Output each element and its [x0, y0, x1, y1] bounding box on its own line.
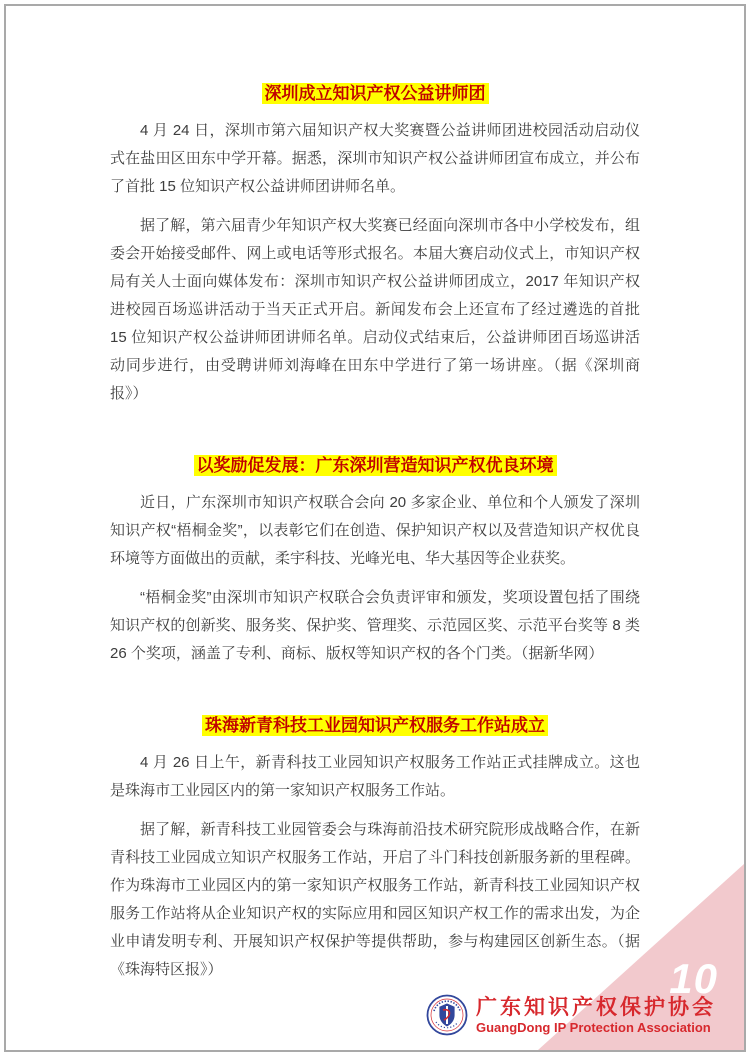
article-paragraph: 4 月 26 日上午，新青科技工业园知识产权服务工作站正式挂牌成立。这也是珠海市… — [110, 749, 640, 805]
footer-brand-text: 广东知识产权保护协会 GuangDong IP Protection Assoc… — [476, 996, 716, 1035]
article-title-highlight: 以奖励促发展：广东深圳营造知识产权优良环境 — [194, 455, 557, 476]
article-title: 以奖励促发展：广东深圳营造知识产权优良环境 — [110, 454, 640, 478]
article-paragraph: 4 月 24 日，深圳市第六届知识产权大奖赛暨公益讲师团进校园活动启动仪式在盐田… — [110, 117, 640, 201]
org-name-cn: 广东知识产权保护协会 — [476, 996, 716, 1020]
footer-brand: 广东知识产权保护协会 GuangDong IP Protection Assoc… — [426, 994, 716, 1036]
article-wutong-gold-award: 以奖励促发展：广东深圳营造知识产权优良环境 近日，广东深圳市知识产权联合会向 2… — [110, 454, 640, 668]
article-paragraph: 据了解，第六届青少年知识产权大奖赛已经面向深圳市各中小学校发布，组委会开始接受邮… — [110, 212, 640, 408]
article-zhuhai-service-station: 珠海新青科技工业园知识产权服务工作站成立 4 月 26 日上午，新青科技工业园知… — [110, 714, 640, 984]
page-content: 深圳成立知识产权公益讲师团 4 月 24 日，深圳市第六届知识产权大奖赛暨公益讲… — [6, 6, 744, 984]
page-border: 10 深圳成立知识产权公益讲师团 4 月 24 日，深圳市第六届知识产权大奖赛暨… — [4, 4, 746, 1052]
article-paragraph: 近日，广东深圳市知识产权联合会向 20 多家企业、单位和个人颁发了深圳知识产权“… — [110, 489, 640, 573]
article-paragraph: “梧桐金奖”由深圳市知识产权联合会负责评审和颁发，奖项设置包括了围绕知识产权的创… — [110, 584, 640, 668]
article-title: 珠海新青科技工业园知识产权服务工作站成立 — [110, 714, 640, 738]
newsletter-page: 10 深圳成立知识产权公益讲师团 4 月 24 日，深圳市第六届知识产权大奖赛暨… — [0, 0, 750, 1056]
article-title-highlight: 深圳成立知识产权公益讲师团 — [262, 83, 489, 104]
org-name-en: GuangDong IP Protection Association — [476, 1020, 716, 1035]
association-logo-icon — [426, 994, 468, 1036]
article-shenzhen-lecturer-group: 深圳成立知识产权公益讲师团 4 月 24 日，深圳市第六届知识产权大奖赛暨公益讲… — [110, 82, 640, 408]
article-title: 深圳成立知识产权公益讲师团 — [110, 82, 640, 106]
article-paragraph: 据了解，新青科技工业园管委会与珠海前沿技术研究院形成战略合作，在新青科技工业园成… — [110, 816, 640, 984]
article-title-highlight: 珠海新青科技工业园知识产权服务工作站成立 — [202, 715, 548, 736]
